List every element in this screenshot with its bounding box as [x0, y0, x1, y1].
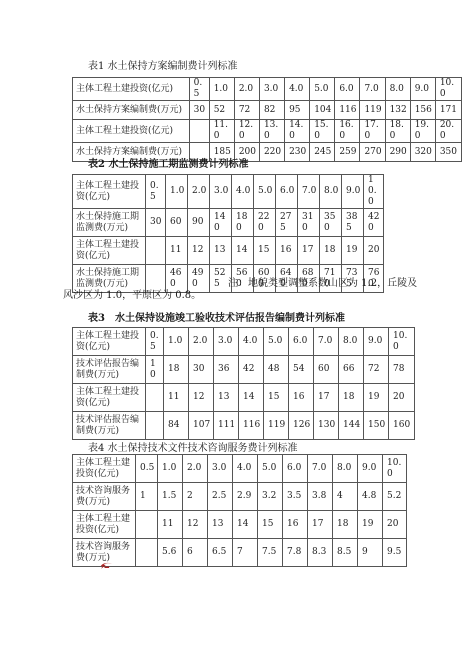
value-cell: 5.6: [158, 539, 183, 567]
table2-note-line2: 风沙区为 1.0，平原区为 0.8。: [63, 290, 201, 302]
value-cell: 290: [385, 143, 410, 162]
value-cell: 385: [342, 209, 364, 237]
value-cell: 30: [189, 356, 214, 384]
value-cell: 9.0: [364, 328, 389, 356]
value-cell: 3.8: [308, 483, 333, 511]
value-cell: 4.0: [285, 78, 310, 101]
value-cell: 144: [339, 412, 364, 440]
table-row: 技术评估报告编制费(万元)1018303642485460667278: [73, 356, 415, 384]
value-cell: 8.0: [385, 78, 410, 101]
row-label-cell: 水土保持施工期监测费(万元): [73, 265, 146, 293]
value-cell: 12: [188, 237, 210, 265]
value-cell: [146, 412, 164, 440]
value-cell: 6.0: [335, 78, 360, 101]
value-cell: 3.0: [214, 328, 239, 356]
value-cell: 78: [389, 356, 415, 384]
row-label-cell: 主体工程土建投资(亿元): [73, 328, 146, 356]
row-label-cell: 水土保持施工期监测费(万元): [73, 209, 146, 237]
value-cell: 0.5: [189, 78, 209, 101]
value-cell: 10.0: [435, 78, 461, 101]
value-cell: 20: [383, 511, 407, 539]
table-row: 主体工程土建投资(亿元)0.51.02.03.04.05.06.07.08.09…: [73, 328, 415, 356]
row-label-cell: 技术咨询服务费(万元): [73, 483, 136, 511]
value-cell: 4.0: [233, 455, 258, 483]
value-cell: 3.0: [208, 455, 233, 483]
value-cell: 6.0: [289, 328, 314, 356]
value-cell: 460: [166, 265, 188, 293]
value-cell: 350: [320, 209, 342, 237]
row-label-cell: 主体工程土建投资(亿元): [73, 78, 190, 101]
value-cell: 13: [208, 511, 233, 539]
table2-note-line1: 注：地貌类型调整系数山区为 1.2，丘陵及: [228, 278, 417, 290]
table-row: 主体工程土建投资(亿元)0.51.02.03.04.05.06.07.08.09…: [73, 455, 407, 483]
value-cell: 10.0: [364, 175, 384, 209]
value-cell: 1: [136, 483, 158, 511]
value-cell: 14.0: [285, 120, 310, 143]
value-cell: 9.5: [383, 539, 407, 567]
value-cell: 18.0: [385, 120, 410, 143]
value-cell: 18: [333, 511, 358, 539]
value-cell: 17: [308, 511, 333, 539]
value-cell: 16.0: [335, 120, 360, 143]
value-cell: 140: [210, 209, 232, 237]
row-label-cell: 技术评估报告编制费(万元): [73, 412, 146, 440]
value-cell: 2.9: [233, 483, 258, 511]
value-cell: 1.0: [158, 455, 183, 483]
value-cell: [146, 384, 164, 412]
value-cell: [146, 265, 166, 293]
table3-acceptance-evaluation-report-fee: 主体工程土建投资(亿元)0.51.02.03.04.05.06.07.08.09…: [72, 327, 415, 440]
value-cell: 5.0: [310, 78, 335, 101]
row-label-cell: 主体工程土建投资(亿元): [73, 175, 146, 209]
value-cell: 90: [188, 209, 210, 237]
table1-plan-compilation-fee: 主体工程土建投资(亿元)0.51.02.03.04.05.06.07.08.09…: [72, 77, 462, 162]
value-cell: 111: [214, 412, 239, 440]
table-row: 主体工程土建投资(亿元)11.012.013.014.015.016.017.0…: [73, 120, 462, 143]
value-cell: 12: [189, 384, 214, 412]
table3-title: 表3 水土保持设施竣工验收技术评估报告编制费计列标准: [88, 313, 345, 325]
value-cell: 3.2: [258, 483, 283, 511]
row-label-cell: 主体工程土建投资(亿元): [73, 237, 146, 265]
value-cell: 2.0: [183, 455, 208, 483]
value-cell: 66: [339, 356, 364, 384]
value-cell: 2.5: [208, 483, 233, 511]
value-cell: 72: [364, 356, 389, 384]
value-cell: 119: [360, 101, 385, 120]
row-label-cell: 技术评估报告编制费(万元): [73, 356, 146, 384]
red-cursor-annotation-icon: [100, 556, 114, 575]
value-cell: 320: [410, 143, 435, 162]
value-cell: 0.5: [146, 175, 166, 209]
value-cell: 11: [166, 237, 188, 265]
value-cell: 17: [298, 237, 320, 265]
value-cell: 30: [146, 209, 166, 237]
value-cell: 116: [239, 412, 264, 440]
value-cell: 16: [276, 237, 298, 265]
value-cell: [189, 120, 209, 143]
value-cell: 7.0: [298, 175, 320, 209]
value-cell: 18: [320, 237, 342, 265]
table-row: 主体工程土建投资(亿元)0.51.02.03.04.05.06.07.08.09…: [73, 78, 462, 101]
value-cell: 259: [335, 143, 360, 162]
value-cell: 2: [183, 483, 208, 511]
value-cell: 6.0: [283, 455, 308, 483]
value-cell: 11.0: [209, 120, 234, 143]
value-cell: 4.0: [232, 175, 254, 209]
value-cell: 171: [435, 101, 461, 120]
value-cell: 15: [258, 511, 283, 539]
value-cell: 310: [298, 209, 320, 237]
value-cell: 18: [164, 356, 189, 384]
value-cell: 72: [234, 101, 259, 120]
value-cell: 8.0: [339, 328, 364, 356]
table-row: 水土保持方案编制费(万元)305272829510411611913215617…: [73, 101, 462, 120]
value-cell: 12: [183, 511, 208, 539]
value-cell: 126: [289, 412, 314, 440]
value-cell: 0.5: [146, 328, 164, 356]
value-cell: 8.3: [308, 539, 333, 567]
value-cell: 54: [289, 356, 314, 384]
value-cell: 230: [285, 143, 310, 162]
value-cell: 7: [233, 539, 258, 567]
value-cell: 15: [264, 384, 289, 412]
value-cell: 15: [254, 237, 276, 265]
table2-construction-monitoring-fee: 主体工程土建投资(亿元)0.51.02.03.04.05.06.07.08.09…: [72, 174, 384, 293]
value-cell: 104: [310, 101, 335, 120]
value-cell: 420: [364, 209, 384, 237]
value-cell: 156: [410, 101, 435, 120]
value-cell: 19: [342, 237, 364, 265]
value-cell: 5.0: [258, 455, 283, 483]
value-cell: 15.0: [310, 120, 335, 143]
value-cell: 1.0: [209, 78, 234, 101]
value-cell: 4: [333, 483, 358, 511]
row-label-cell: 水土保持方案编制费(万元): [73, 101, 190, 120]
value-cell: 116: [335, 101, 360, 120]
value-cell: 11: [158, 511, 183, 539]
value-cell: 6: [183, 539, 208, 567]
value-cell: 7.0: [308, 455, 333, 483]
value-cell: 10: [146, 356, 164, 384]
document-page: 表1 水土保持方案编制费计列标准 主体工程土建投资(亿元)0.51.02.03.…: [0, 0, 474, 670]
value-cell: 9.0: [342, 175, 364, 209]
table4-technical-consulting-fee: 主体工程土建投资(亿元)0.51.02.03.04.05.06.07.08.09…: [72, 454, 407, 567]
value-cell: 30: [189, 101, 209, 120]
value-cell: 18: [339, 384, 364, 412]
value-cell: 7.5: [258, 539, 283, 567]
value-cell: 19: [358, 511, 383, 539]
value-cell: 20: [389, 384, 415, 412]
value-cell: 19: [364, 384, 389, 412]
table-row: 水土保持施工期监测费(万元)30609014018022027531035038…: [73, 209, 384, 237]
value-cell: 95: [285, 101, 310, 120]
row-label-cell: 主体工程土建投资(亿元): [73, 455, 136, 483]
value-cell: 12.0: [234, 120, 259, 143]
value-cell: [136, 511, 158, 539]
value-cell: 14: [232, 237, 254, 265]
value-cell: 60: [314, 356, 339, 384]
value-cell: 8.0: [333, 455, 358, 483]
value-cell: 5.2: [383, 483, 407, 511]
value-cell: 3.0: [259, 78, 284, 101]
value-cell: 4.8: [358, 483, 383, 511]
value-cell: 10.0: [383, 455, 407, 483]
value-cell: [146, 237, 166, 265]
value-cell: 20.0: [435, 120, 461, 143]
value-cell: 1.0: [164, 328, 189, 356]
value-cell: 48: [264, 356, 289, 384]
table2-title: 表2 水土保持施工期监测费计列标准: [88, 159, 248, 171]
value-cell: 7.0: [314, 328, 339, 356]
value-cell: 107: [189, 412, 214, 440]
value-cell: 84: [164, 412, 189, 440]
value-cell: 6.5: [208, 539, 233, 567]
value-cell: 16: [289, 384, 314, 412]
value-cell: 19.0: [410, 120, 435, 143]
value-cell: 5.0: [254, 175, 276, 209]
table-row: 主体工程土建投资(亿元)11121314151617181920: [73, 384, 415, 412]
value-cell: 17.0: [360, 120, 385, 143]
row-label-cell: 主体工程土建投资(亿元): [73, 120, 190, 143]
value-cell: 3.5: [283, 483, 308, 511]
value-cell: [136, 539, 158, 567]
value-cell: 350: [435, 143, 461, 162]
value-cell: 220: [259, 143, 284, 162]
value-cell: 60: [166, 209, 188, 237]
value-cell: 7.8: [283, 539, 308, 567]
value-cell: 10.0: [389, 328, 415, 356]
value-cell: 245: [310, 143, 335, 162]
value-cell: 270: [360, 143, 385, 162]
value-cell: 13: [210, 237, 232, 265]
value-cell: 0.5: [136, 455, 158, 483]
table-row: 技术评估报告编制费(万元)841071111161191261301441501…: [73, 412, 415, 440]
value-cell: 1.0: [166, 175, 188, 209]
value-cell: 490: [188, 265, 210, 293]
value-cell: 16: [283, 511, 308, 539]
row-label-cell: 主体工程土建投资(亿元): [73, 511, 136, 539]
value-cell: 2.0: [189, 328, 214, 356]
value-cell: 14: [233, 511, 258, 539]
row-label-cell: 主体工程土建投资(亿元): [73, 384, 146, 412]
value-cell: 20: [364, 237, 384, 265]
value-cell: 5.0: [264, 328, 289, 356]
table-row: 主体工程土建投资(亿元)0.51.02.03.04.05.06.07.08.09…: [73, 175, 384, 209]
value-cell: 4.0: [239, 328, 264, 356]
value-cell: 52: [209, 101, 234, 120]
value-cell: 160: [389, 412, 415, 440]
table1-title: 表1 水土保持方案编制费计列标准: [88, 61, 238, 73]
value-cell: 2.0: [234, 78, 259, 101]
value-cell: 8.5: [333, 539, 358, 567]
value-cell: 17: [314, 384, 339, 412]
value-cell: 36: [214, 356, 239, 384]
value-cell: 220: [254, 209, 276, 237]
value-cell: 9: [358, 539, 383, 567]
value-cell: 14: [239, 384, 264, 412]
table-row: 主体工程土建投资(亿元)11121314151617181920: [73, 237, 384, 265]
value-cell: 2.0: [188, 175, 210, 209]
value-cell: 132: [385, 101, 410, 120]
value-cell: 42: [239, 356, 264, 384]
value-cell: 119: [264, 412, 289, 440]
value-cell: 13: [214, 384, 239, 412]
value-cell: 13.0: [259, 120, 284, 143]
value-cell: 150: [364, 412, 389, 440]
value-cell: 6.0: [276, 175, 298, 209]
value-cell: 82: [259, 101, 284, 120]
value-cell: 180: [232, 209, 254, 237]
table-row: 技术咨询服务费(万元)11.522.52.93.23.53.844.85.2: [73, 483, 407, 511]
value-cell: 7.0: [360, 78, 385, 101]
table-row: 技术咨询服务费(万元)5.666.577.57.88.38.599.5: [73, 539, 407, 567]
value-cell: 9.0: [410, 78, 435, 101]
value-cell: 3.0: [210, 175, 232, 209]
value-cell: 130: [314, 412, 339, 440]
value-cell: 275: [276, 209, 298, 237]
value-cell: 1.5: [158, 483, 183, 511]
value-cell: 11: [164, 384, 189, 412]
value-cell: 8.0: [320, 175, 342, 209]
value-cell: 9.0: [358, 455, 383, 483]
table-row: 主体工程土建投资(亿元)11121314151617181920: [73, 511, 407, 539]
